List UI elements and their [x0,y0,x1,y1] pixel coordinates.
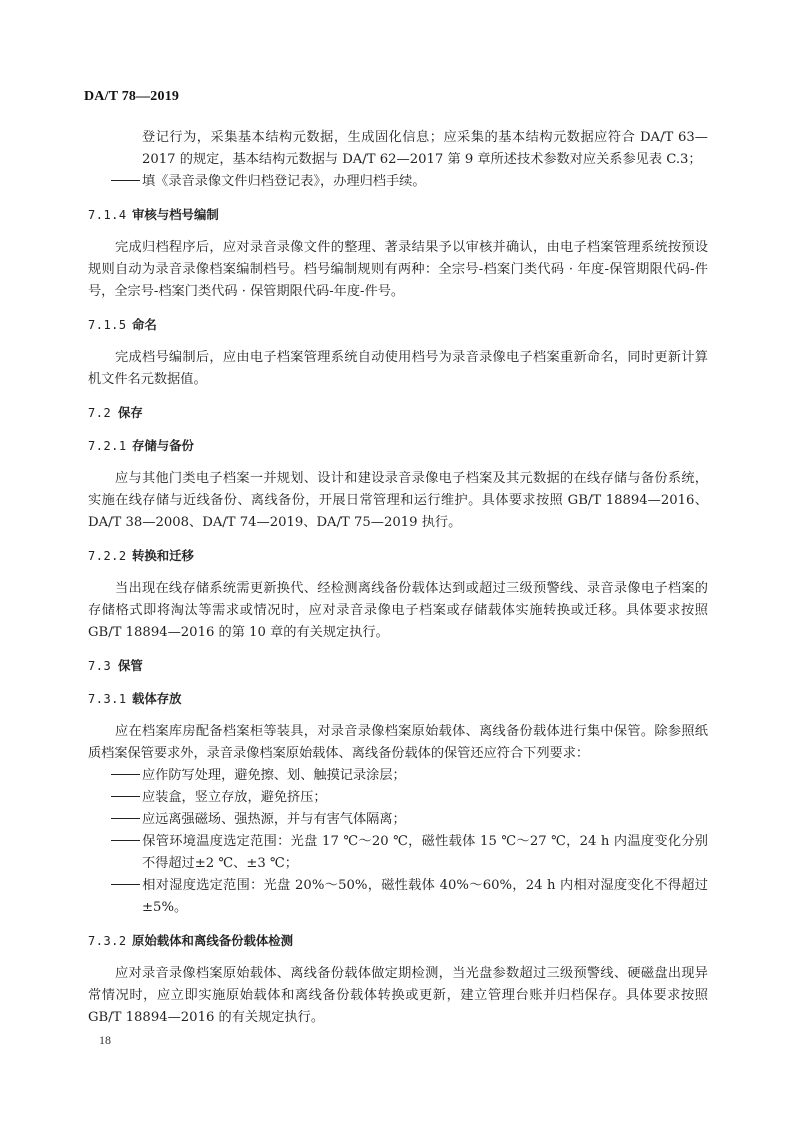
section-number: 7.2.2 [88,545,132,567]
section-number: 7.3.1 [88,688,132,710]
document-body: 登记行为，采集基本结构元数据，生成固化信息；应采集的基本结构元数据应符合 DA/… [88,127,708,1029]
paragraph: 应与其他门类电子档案一并规划、设计和建设录音录像电子档案及其元数据的在线存储与备… [88,468,708,534]
section-title: 保管 [118,658,143,673]
section-heading-7-1-4: 7.1.4审核与档号编制 [88,204,708,226]
section-number: 7.2.1 [88,435,132,457]
continued-paragraph: 登记行为，采集基本结构元数据，生成固化信息；应采集的基本结构元数据应符合 DA/… [88,127,708,171]
section-number: 7.1.4 [88,204,132,226]
section-title: 转换和迁移 [132,548,194,563]
list-item: 填《录音录像文件归档登记表》，办理归档手续。 [88,171,708,193]
section-title: 审核与档号编制 [132,207,219,222]
section-number: 7.1.5 [88,314,132,336]
list-item: 应远离强磁场、强热源，并与有害气体隔离； [88,809,708,831]
dash-bullet-icon [111,787,142,809]
list-item-text: 应远离强磁场、强热源，并与有害气体隔离； [142,812,406,827]
document-page: DA/T 78—2019 登记行为，采集基本结构元数据，生成固化信息；应采集的基… [0,0,793,1122]
section-title: 存储与备份 [132,438,194,453]
standard-code-header: DA/T 78—2019 [84,89,179,105]
paragraph: 当出现在线存储系统需更新换代、经检测离线备份载体达到或超过三级预警线、录音录像电… [88,578,708,644]
section-heading-7-3: 7.3保管 [88,655,708,677]
dash-bullet-icon [111,171,142,193]
section-number: 7.3 [88,655,118,677]
section-title: 原始载体和离线备份载体检测 [132,933,293,948]
paragraph: 应对录音录像档案原始载体、离线备份载体做定期检测，当光盘参数超过三级预警线、硬磁… [88,963,708,1029]
section-heading-7-2-1: 7.2.1存储与备份 [88,435,708,457]
list-item-text: 应装盒，竖立存放，避免挤压； [142,790,327,805]
dash-bullet-icon [111,809,142,831]
list-item: 相对湿度选定范围：光盘 20%～50%，磁性载体 40%～60%，24 h 内相… [88,875,708,919]
dash-bullet-icon [111,875,142,897]
dash-bullet-icon [111,765,142,787]
section-heading-7-1-5: 7.1.5命名 [88,314,708,336]
section-title: 命名 [132,317,157,332]
paragraph: 完成归档程序后，应对录音录像文件的整理、著录结果予以审核并确认，由电子档案管理系… [88,237,708,303]
section-heading-7-3-1: 7.3.1载体存放 [88,688,708,710]
paragraph: 完成档号编制后，应由电子档案管理系统自动使用档号为录音录像电子档案重新命名，同时… [88,347,708,391]
section-heading-7-2: 7.2保存 [88,402,708,424]
list-item: 应作防写处理，避免擦、划、触摸记录涂层； [88,765,708,787]
list-item-text: 应作防写处理，避免擦、划、触摸记录涂层； [142,768,406,783]
section-number: 7.3.2 [88,930,132,952]
section-number: 7.2 [88,402,118,424]
section-title: 保存 [118,405,143,420]
section-heading-7-2-2: 7.2.2转换和迁移 [88,545,708,567]
list-item-text: 填《录音录像文件归档登记表》，办理归档手续。 [142,174,426,189]
paragraph: 应在档案库房配备档案柜等装具，对录音录像档案原始载体、离线备份载体进行集中保管。… [88,721,708,765]
page-number: 18 [99,1033,111,1048]
section-title: 载体存放 [132,691,182,706]
list-item-text: 相对湿度选定范围：光盘 20%～50%，磁性载体 40%～60%，24 h 内相… [142,878,708,915]
section-heading-7-3-2: 7.3.2原始载体和离线备份载体检测 [88,930,708,952]
dash-bullet-icon [111,831,142,853]
list-item: 应装盒，竖立存放，避免挤压； [88,787,708,809]
list-item-text: 保管环境温度选定范围：光盘 17 ℃～20 ℃，磁性载体 15 ℃～27 ℃，2… [142,834,708,871]
list-item: 保管环境温度选定范围：光盘 17 ℃～20 ℃，磁性载体 15 ℃～27 ℃，2… [88,831,708,875]
